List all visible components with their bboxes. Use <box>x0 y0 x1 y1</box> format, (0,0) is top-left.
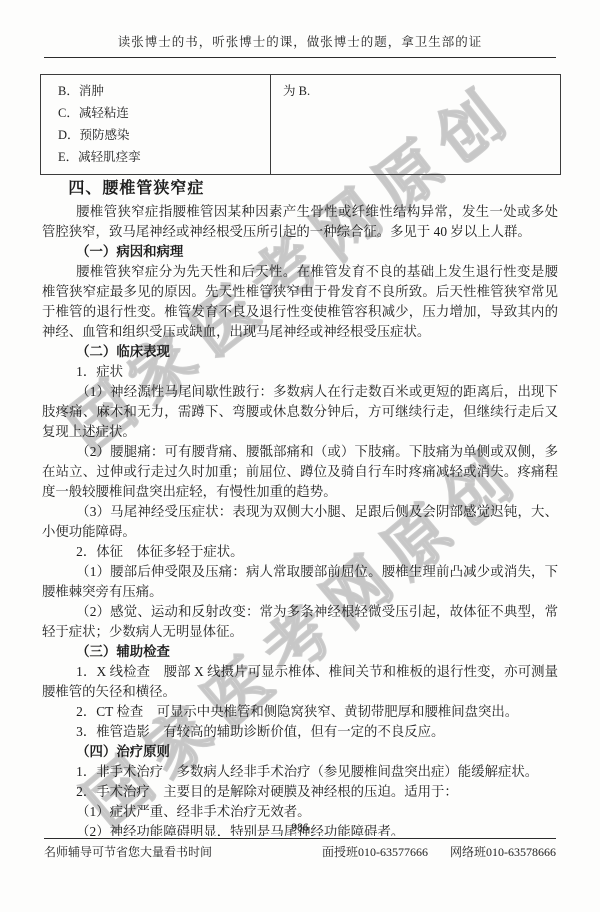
paragraph: 2．体征 体征多轻于症状。 <box>42 542 558 562</box>
paragraph: （二）临床表现 <box>42 342 558 362</box>
paragraph: （2）腰腿痛：可有腰背痛、腰骶部痛和（或）下肢痛。下肢痛为单侧或双侧，多在站立、… <box>42 442 558 502</box>
paragraph: （1）症状严重、经非手术治疗无效者。 <box>42 802 558 822</box>
header-divider <box>44 57 556 58</box>
footer-phone-onsite: 面授班010-63577666 <box>322 843 428 860</box>
paragraph: 1．非手术治疗 多数病人经非手术治疗（参见腰椎间盘突出症）能缓解症状。 <box>42 762 558 782</box>
answer-table: B．消肿C．减轻粘连D．预防感染E．减轻肌痉挛 为 B. <box>40 74 561 175</box>
paragraph: （四）治疗原则 <box>42 742 558 762</box>
paragraph: 腰椎管狭窄症分为先天性和后天性。在椎管发育不良的基础上发生退行性变是腰椎管狭窄症… <box>42 262 558 342</box>
footer-slogan: 名师辅导可节省您大量看书时间 <box>44 843 212 860</box>
paragraph: （1）神经源性马尾间歇性跛行：多数病人在行走数百米或更短的距离后，出现下肢疼痛、… <box>42 382 558 442</box>
paragraph: 2．CT 检查 可显示中央椎管和侧隐窝狭窄、黄韧带肥厚和腰椎间盘突出。 <box>42 702 558 722</box>
paragraph: 1．X 线检查 腰部 X 线摄片可显示椎体、椎间关节和椎板的退行性变，亦可测量腰… <box>42 662 558 702</box>
footer-divider <box>44 838 556 839</box>
answer-table-row: B．消肿C．减轻粘连D．预防感染E．减轻肌痉挛 为 B. <box>41 75 561 175</box>
paragraph: 3．椎管造影 有较高的辅助诊断价值，但有一定的不良反应。 <box>42 722 558 742</box>
option-item: D．预防感染 <box>58 124 262 146</box>
paragraph: （1）腰部后伸受限及压痛：病人常取腰部前屈位。腰椎生理前凸减少或消失，下腰椎棘突… <box>42 562 558 602</box>
page-header: 读张博士的书，听张博士的课，做张博士的题，拿卫生部的证 <box>0 0 600 58</box>
page-number: 986 <box>0 822 600 834</box>
answer-text: 为 B. <box>283 84 310 98</box>
content-area: 四、腰椎管狭窄症腰椎管狭窄症指腰椎管因某种因素产生骨性或纤维性结构异常，发生一处… <box>42 176 558 836</box>
option-item: B．消肿 <box>58 80 262 102</box>
paragraph: 1．症状 <box>42 362 558 382</box>
paragraph: （三）辅助检查 <box>42 642 558 662</box>
book-page: 国家医考网原创 国家医考网原创 读张博士的书，听张博士的课，做张博士的题，拿卫生… <box>0 0 600 912</box>
paragraph: 四、腰椎管狭窄症 <box>42 176 558 201</box>
options-cell: B．消肿C．减轻粘连D．预防感染E．减轻肌痉挛 <box>41 75 271 175</box>
paragraph: （一）病因和病理 <box>42 242 558 262</box>
option-item: E．减轻肌痉挛 <box>58 146 262 168</box>
option-item: C．减轻粘连 <box>58 102 262 124</box>
footer-phone-online: 网络班010-63578666 <box>450 843 556 860</box>
header-slogan: 读张博士的书，听张博士的课，做张博士的题，拿卫生部的证 <box>0 32 600 50</box>
answer-cell: 为 B. <box>271 75 561 175</box>
paragraph: 腰椎管狭窄症指腰椎管因某种因素产生骨性或纤维性结构异常，发生一处或多处管腔狭窄，… <box>42 202 558 242</box>
paragraph: 2．手术治疗 主要目的是解除对硬膜及神经根的压迫。适用于： <box>42 782 558 802</box>
page-footer: 名师辅导可节省您大量看书时间 面授班010-63577666 网络班010-63… <box>44 843 556 860</box>
paragraph: （2）感觉、运动和反射改变：常为多条神经根轻微受压引起，故体征不典型，常轻于症状… <box>42 602 558 642</box>
paragraph: （3）马尾神经受压症状：表现为双侧大小腿、足跟后侧及会阴部感觉迟钝，大、小便功能… <box>42 502 558 542</box>
